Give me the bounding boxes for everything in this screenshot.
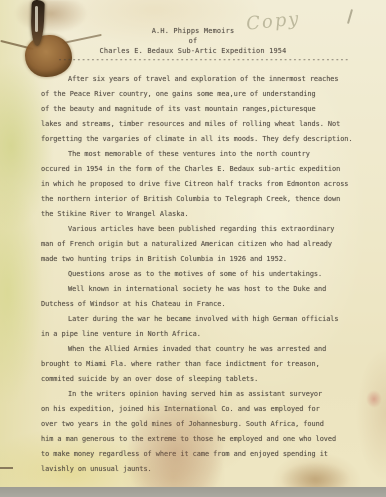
text-line: Later during the war he became involved … xyxy=(68,312,381,327)
text-line: Dutchess of Windsor at his Chateau in Fr… xyxy=(41,297,381,312)
text-line: Questions arose as to the motives of som… xyxy=(68,267,381,282)
text-line: forgetting the vargaries of climate in a… xyxy=(41,132,381,147)
text-line: commited suicide by an over dose of slee… xyxy=(41,372,381,387)
text-line: After six years of travel and exploratio… xyxy=(68,72,381,87)
text-line: Well known in international society he w… xyxy=(68,282,381,297)
paragraph: Questions arose as to the motives of som… xyxy=(41,267,381,282)
title-line-3: Charles E. Bedaux Sub-Artic Expedition 1… xyxy=(0,46,386,56)
text-line: the northern interior of British Columbi… xyxy=(41,192,381,207)
text-line: in a pipe line venture in North Africa. xyxy=(41,327,381,342)
text-line: made two hunting trips in British Columb… xyxy=(41,252,381,267)
scanner-background-strip xyxy=(0,487,386,497)
document-title-block: A.H. Phipps Memoirs of Charles E. Bedaux… xyxy=(0,26,386,56)
title-line-1: A.H. Phipps Memoirs xyxy=(0,26,386,36)
text-line: of the beauty and magnitude of its vast … xyxy=(41,102,381,117)
text-line: lakes and streams, timber resources and … xyxy=(41,117,381,132)
text-line: the Stikine River to Wrangel Alaska. xyxy=(41,207,381,222)
bottom-center-stain xyxy=(128,398,223,497)
text-line: brought to Miami Fla. where rather than … xyxy=(41,357,381,372)
paragraph: Various articles have been published reg… xyxy=(41,222,381,267)
scanned-page: Copy A.H. Phipps Memoirs of Charles E. B… xyxy=(0,0,386,487)
text-line: Various articles have been published reg… xyxy=(68,222,381,237)
text-line: man of French origin but a naturalized A… xyxy=(41,237,381,252)
paragraph: Well known in international society he w… xyxy=(41,282,381,312)
text-line: of the Peace River country, one gains so… xyxy=(41,87,381,102)
paragraph: Later during the war he became involved … xyxy=(41,312,381,342)
right-edge-pink-mark xyxy=(366,390,382,408)
paragraph: After six years of travel and exploratio… xyxy=(41,72,381,147)
paragraph: When the Allied Armies invaded that coun… xyxy=(41,342,381,387)
text-line: in which he proposed to drive five Citre… xyxy=(41,177,381,192)
left-edge-pen-dash xyxy=(0,467,13,469)
text-line: When the Allied Armies invaded that coun… xyxy=(68,342,381,357)
dashed-separator-line: ----------------------------------------… xyxy=(58,56,350,66)
text-line: In the writers opinion having served him… xyxy=(68,387,381,402)
text-line: The most memorable of these ventures int… xyxy=(68,147,381,162)
paragraph: The most memorable of these ventures int… xyxy=(41,147,381,222)
title-line-2: of xyxy=(0,36,386,46)
text-line: occured in 1954 in the form of the Charl… xyxy=(41,162,381,177)
